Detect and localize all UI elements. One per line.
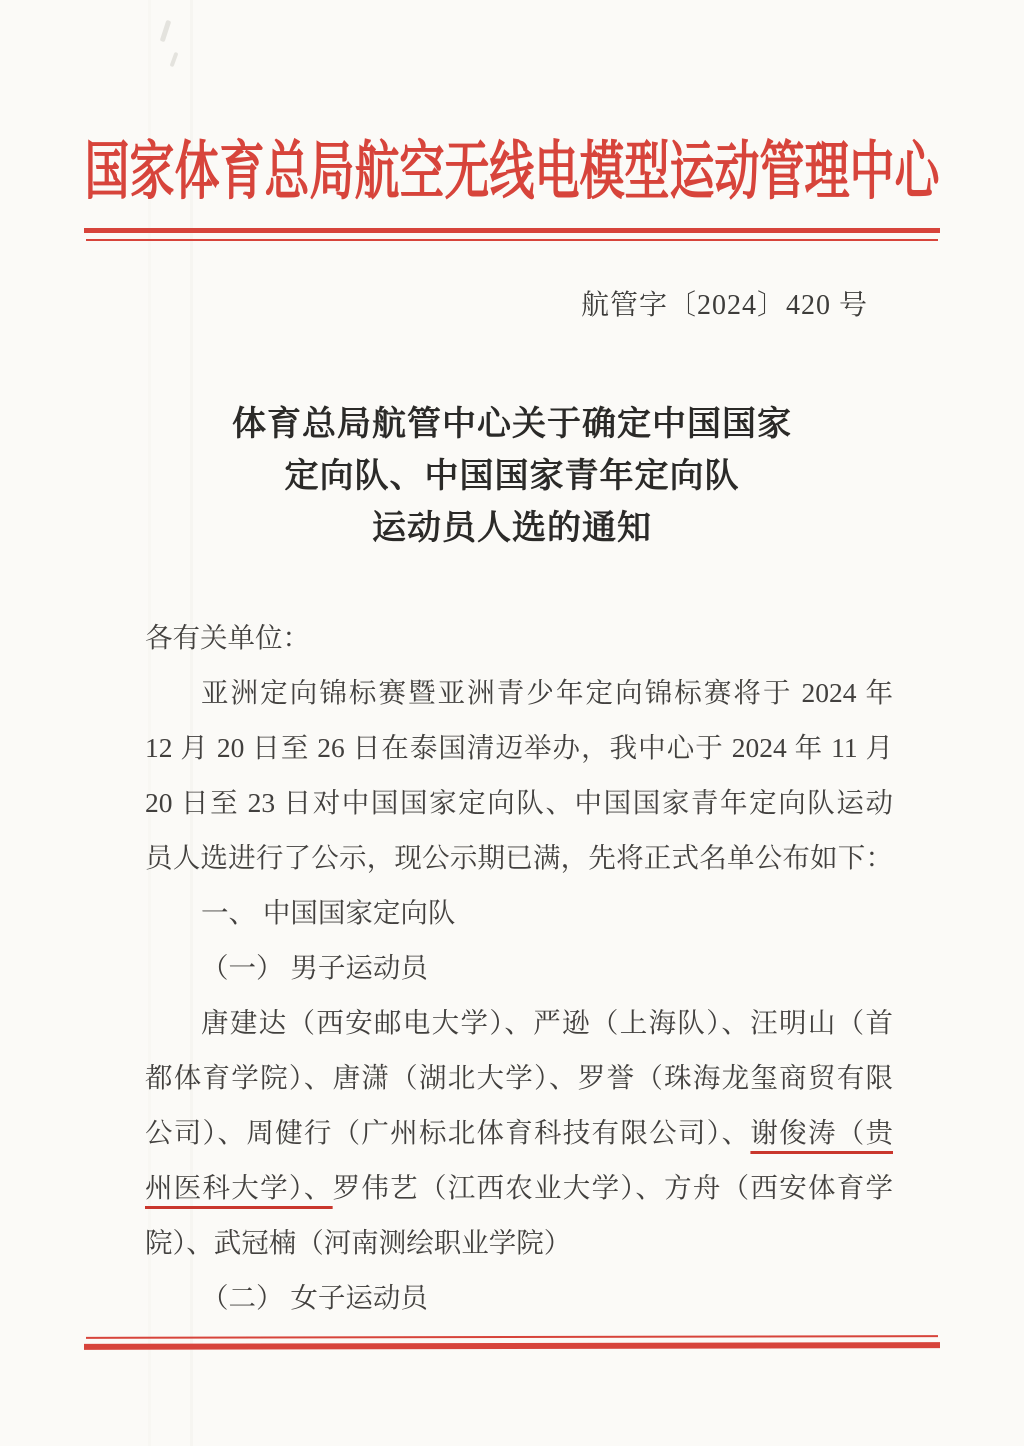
letterhead-rule-thick bbox=[84, 228, 940, 233]
red-underlined-name: 州医科大学）、 bbox=[145, 1172, 333, 1203]
athlete-list-line: 公司）、周健行（广州标北体育科技有限公司）、谢俊涛（贵 bbox=[145, 1105, 893, 1160]
document-title-line3: 运动员人选的通知 bbox=[0, 503, 1024, 555]
athlete-list-line: 院）、武冠楠（河南测绘职业学院） bbox=[145, 1215, 893, 1270]
document-title-line1: 体育总局航管中心关于确定中国国家 bbox=[0, 399, 1024, 451]
athlete-list-line: 唐建达（西安邮电大学）、严逊（上海队）、汪明山（首 bbox=[145, 995, 893, 1050]
body-line: 员人选进行了公示，现公示期已满，先将正式名单公布如下： bbox=[145, 830, 893, 885]
scan-artifact bbox=[160, 20, 172, 42]
salutation: 各有关单位： bbox=[145, 610, 893, 665]
section-heading-national-team: 一、 中国国家定向队 bbox=[145, 885, 893, 940]
subsection-heading-women: （二） 女子运动员 bbox=[145, 1270, 893, 1325]
document-number: 航管字〔2024〕420 号 bbox=[0, 283, 868, 323]
body-line: 亚洲定向锦标赛暨亚洲青少年定向锦标赛将于 2024 年 bbox=[145, 665, 893, 720]
athlete-list-line: 州医科大学）、罗伟艺（江西农业大学）、方舟（西安体育学 bbox=[145, 1160, 893, 1215]
footer-rule-thick bbox=[84, 1342, 940, 1350]
athlete-list-text: 公司）、周健行（广州标北体育科技有限公司）、 bbox=[145, 1117, 750, 1148]
subsection-heading-men: （一） 男子运动员 bbox=[145, 940, 893, 995]
body-line: 20 日至 23 日对中国国家定向队、中国国家青年定向队运动 bbox=[145, 775, 893, 830]
athlete-list-line: 都体育学院）、唐潇（湖北大学）、罗誉（珠海龙玺商贸有限 bbox=[145, 1050, 893, 1105]
document-title: 体育总局航管中心关于确定中国国家 定向队、中国国家青年定向队 运动员人选的通知 bbox=[0, 399, 1024, 555]
letterhead-rule-thin bbox=[86, 239, 938, 241]
document-body: 各有关单位： 亚洲定向锦标赛暨亚洲青少年定向锦标赛将于 2024 年 12 月 … bbox=[145, 610, 893, 1325]
document-page: 国家体育总局航空无线电模型运动管理中心 航管字〔2024〕420 号 体育总局航… bbox=[0, 0, 1024, 1446]
body-line: 12 月 20 日至 26 日在泰国清迈举办，我中心于 2024 年 11 月 bbox=[145, 720, 893, 775]
athlete-list-text: 罗伟艺（江西农业大学）、方舟（西安体育学 bbox=[333, 1172, 893, 1203]
document-title-line2: 定向队、中国国家青年定向队 bbox=[0, 451, 1024, 503]
letterhead-org-title: 国家体育总局航空无线电模型运动管理中心 bbox=[0, 132, 1024, 212]
scan-artifact bbox=[170, 52, 179, 67]
footer-rule-thin bbox=[86, 1335, 938, 1339]
red-underlined-name: 谢俊涛（贵 bbox=[750, 1117, 893, 1148]
